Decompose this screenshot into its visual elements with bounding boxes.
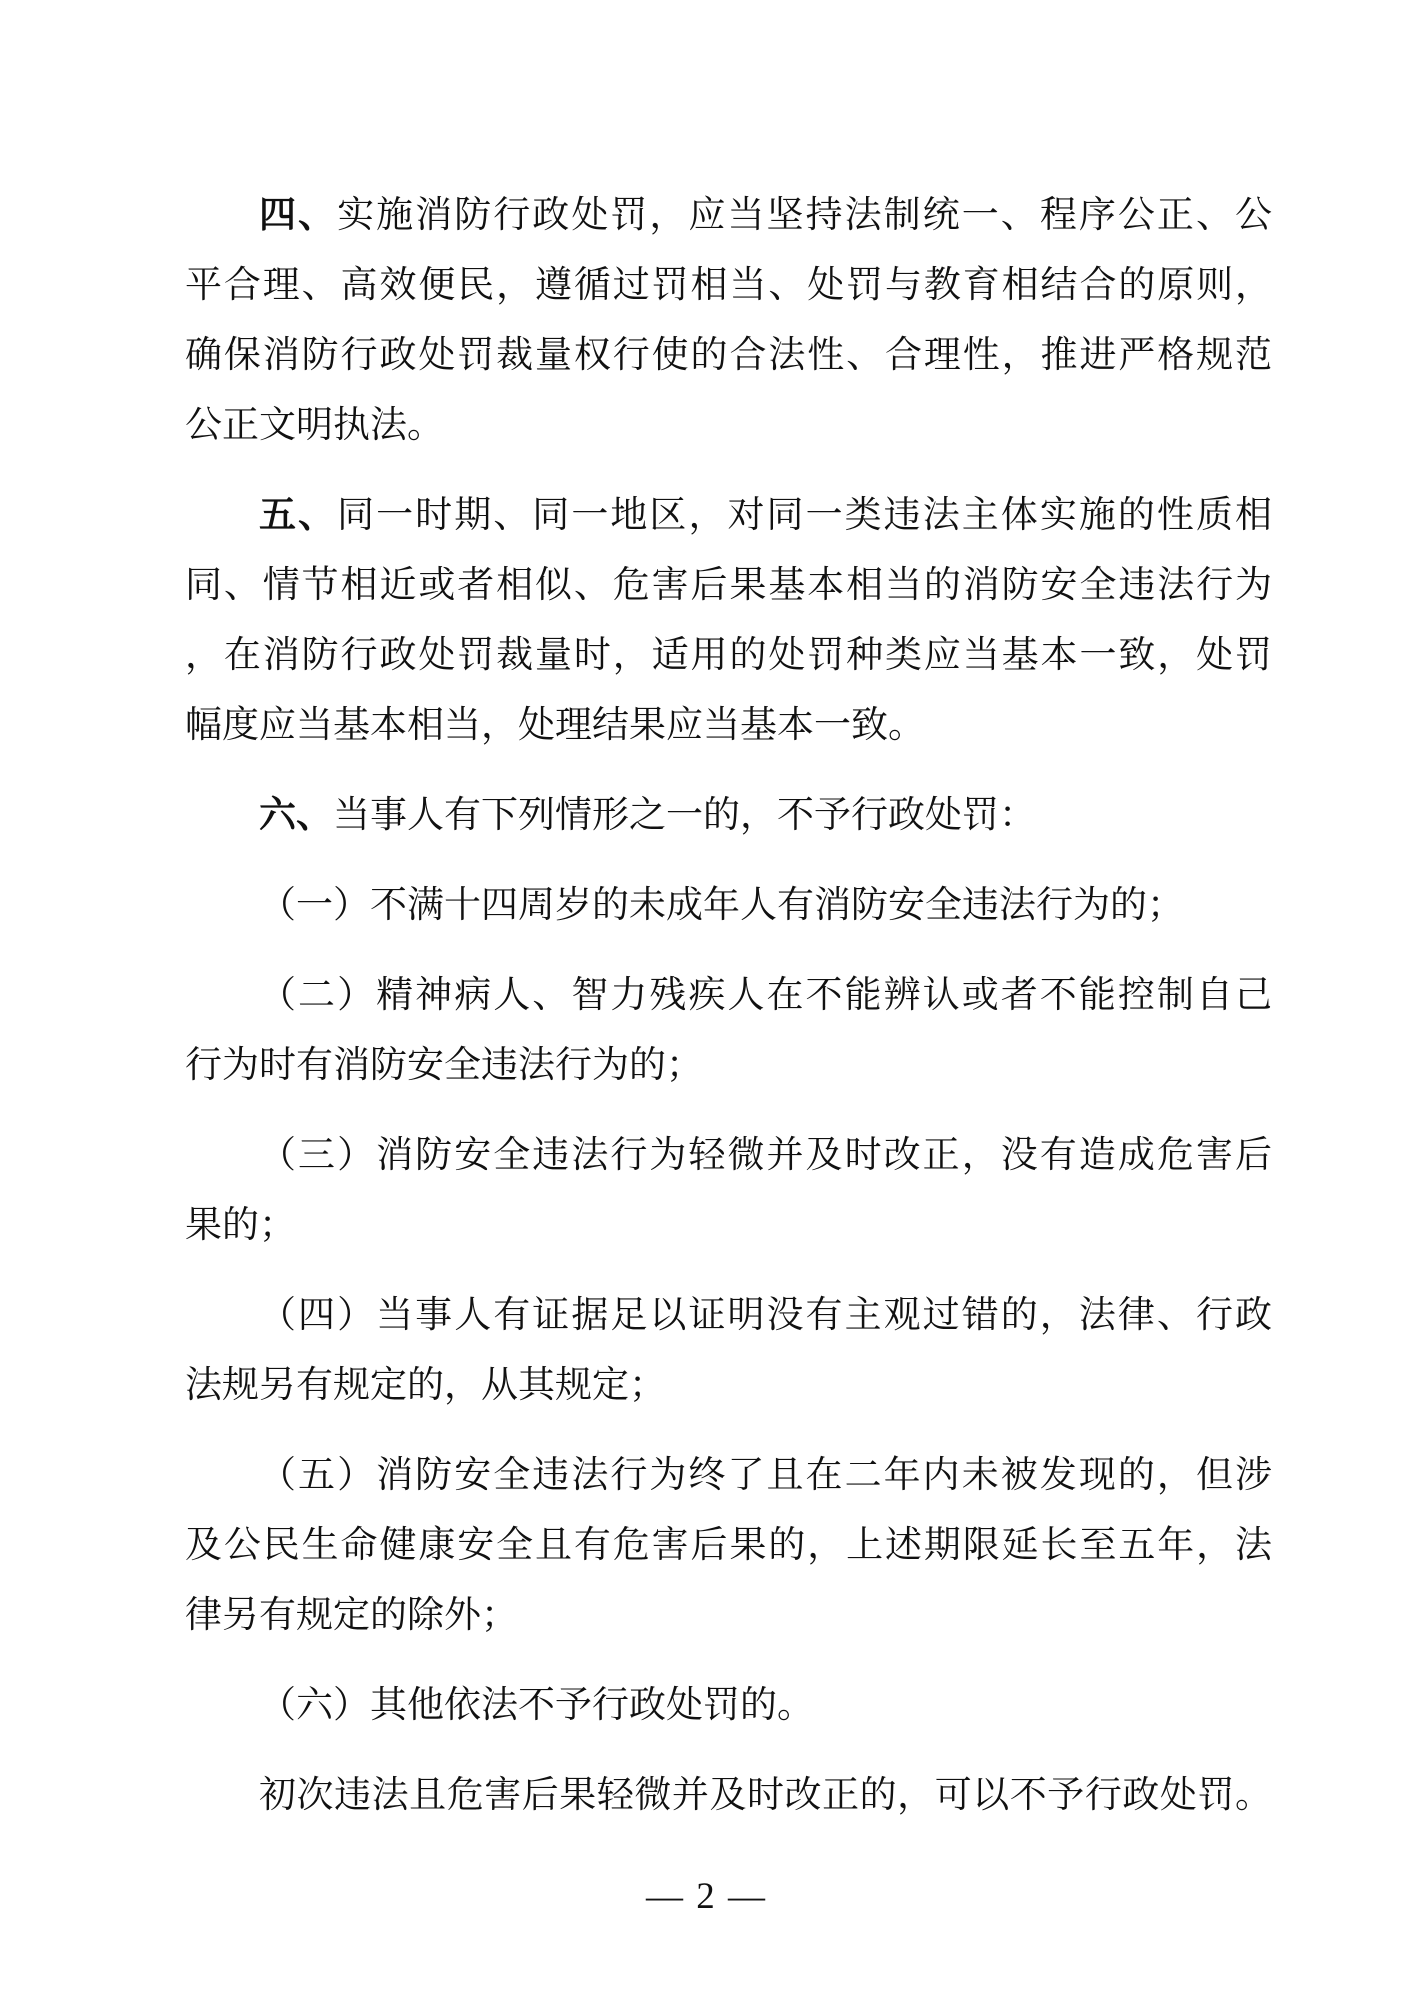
text-line: （四）当事人有证据足以证明没有主观过错的，法律、行政 (185, 1281, 1272, 1351)
paragraph: （六）其他依法不予行政处罚的。 (185, 1671, 1272, 1741)
text-line: 公正文明执法。 (185, 391, 1272, 461)
line-text: 同一时期、同一地区，对同一类违法主体实施的性质相 (337, 495, 1272, 536)
paragraph: （四）当事人有证据足以证明没有主观过错的，法律、行政法规另有规定的，从其规定； (185, 1281, 1272, 1421)
paragraph-number: 四、 (259, 195, 337, 236)
text-line: （五）消防安全违法行为终了且在二年内未被发现的，但涉 (185, 1441, 1272, 1511)
paragraph: 初次违法且危害后果轻微并及时改正的，可以不予行政处罚。 (185, 1761, 1272, 1831)
text-line: 同、情节相近或者相似、危害后果基本相当的消防安全违法行为 (185, 551, 1272, 621)
line-text: 果的； (185, 1205, 296, 1246)
paragraph: （一）不满十四周岁的未成年人有消防安全违法行为的； (185, 871, 1272, 941)
document-page: 四、实施消防行政处罚，应当坚持法制统一、程序公正、公平合理、高效便民，遵循过罚相… (0, 0, 1413, 2000)
line-text: 初次违法且危害后果轻微并及时改正的，可以不予行政处罚。 (259, 1775, 1272, 1816)
text-line: 幅度应当基本相当，处理结果应当基本一致。 (185, 691, 1272, 761)
paragraph: （五）消防安全违法行为终了且在二年内未被发现的，但涉及公民生命健康安全且有危害后… (185, 1441, 1272, 1651)
line-text: 律另有规定的除外； (185, 1595, 518, 1636)
line-text: 当事人有下列情形之一的，不予行政处罚： (333, 795, 1036, 836)
document-body: 四、实施消防行政处罚，应当坚持法制统一、程序公正、公平合理、高效便民，遵循过罚相… (185, 181, 1272, 1851)
text-line: 五、同一时期、同一地区，对同一类违法主体实施的性质相 (185, 481, 1272, 551)
text-line: 确保消防行政处罚裁量权行使的合法性、合理性，推进严格规范 (185, 321, 1272, 391)
paragraph: （二）精神病人、智力残疾人在不能辨认或者不能控制自己行为时有消防安全违法行为的； (185, 961, 1272, 1101)
line-text: 实施消防行政处罚，应当坚持法制统一、程序公正、公 (337, 195, 1272, 236)
line-text: 确保消防行政处罚裁量权行使的合法性、合理性，推进严格规范 (185, 335, 1272, 376)
line-text: 平合理、高效便民，遵循过罚相当、处罚与教育相结合的原则， (185, 265, 1272, 306)
line-text: 法规另有规定的，从其规定； (185, 1365, 666, 1406)
line-text: ，在消防行政处罚裁量时，适用的处罚种类应当基本一致，处罚 (185, 635, 1272, 676)
paragraph-number: 六、 (259, 795, 333, 836)
text-line: 果的； (185, 1191, 1272, 1261)
text-line: 法规另有规定的，从其规定； (185, 1351, 1272, 1421)
line-text: （一）不满十四周岁的未成年人有消防安全违法行为的； (259, 885, 1184, 926)
page-number: — 2 — (0, 1862, 1413, 1932)
paragraph-number: 五、 (259, 495, 337, 536)
paragraph: （三）消防安全违法行为轻微并及时改正，没有造成危害后果的； (185, 1121, 1272, 1261)
text-line: （二）精神病人、智力残疾人在不能辨认或者不能控制自己 (185, 961, 1272, 1031)
text-line: 四、实施消防行政处罚，应当坚持法制统一、程序公正、公 (185, 181, 1272, 251)
line-text: （六）其他依法不予行政处罚的。 (259, 1685, 814, 1726)
text-line: 平合理、高效便民，遵循过罚相当、处罚与教育相结合的原则， (185, 251, 1272, 321)
paragraph: 四、实施消防行政处罚，应当坚持法制统一、程序公正、公平合理、高效便民，遵循过罚相… (185, 181, 1272, 461)
line-text: （五）消防安全违法行为终了且在二年内未被发现的，但涉 (259, 1455, 1272, 1496)
paragraph: 五、同一时期、同一地区，对同一类违法主体实施的性质相同、情节相近或者相似、危害后… (185, 481, 1272, 761)
text-line: （六）其他依法不予行政处罚的。 (185, 1671, 1272, 1741)
text-line: ，在消防行政处罚裁量时，适用的处罚种类应当基本一致，处罚 (185, 621, 1272, 691)
line-text: 行为时有消防安全违法行为的； (185, 1045, 703, 1086)
line-text: 公正文明执法。 (185, 405, 444, 446)
text-line: 及公民生命健康安全且有危害后果的，上述期限延长至五年，法 (185, 1511, 1272, 1581)
paragraph: 六、当事人有下列情形之一的，不予行政处罚： (185, 781, 1272, 851)
line-text: 同、情节相近或者相似、危害后果基本相当的消防安全违法行为 (185, 565, 1272, 606)
line-text: （二）精神病人、智力残疾人在不能辨认或者不能控制自己 (259, 975, 1272, 1016)
text-line: （一）不满十四周岁的未成年人有消防安全违法行为的； (185, 871, 1272, 941)
line-text: （四）当事人有证据足以证明没有主观过错的，法律、行政 (259, 1295, 1272, 1336)
line-text: 幅度应当基本相当，处理结果应当基本一致。 (185, 705, 925, 746)
text-line: 行为时有消防安全违法行为的； (185, 1031, 1272, 1101)
text-line: 初次违法且危害后果轻微并及时改正的，可以不予行政处罚。 (185, 1761, 1272, 1831)
line-text: （三）消防安全违法行为轻微并及时改正，没有造成危害后 (259, 1135, 1272, 1176)
text-line: 六、当事人有下列情形之一的，不予行政处罚： (185, 781, 1272, 851)
text-line: 律另有规定的除外； (185, 1581, 1272, 1651)
line-text: 及公民生命健康安全且有危害后果的，上述期限延长至五年，法 (185, 1525, 1272, 1566)
text-line: （三）消防安全违法行为轻微并及时改正，没有造成危害后 (185, 1121, 1272, 1191)
